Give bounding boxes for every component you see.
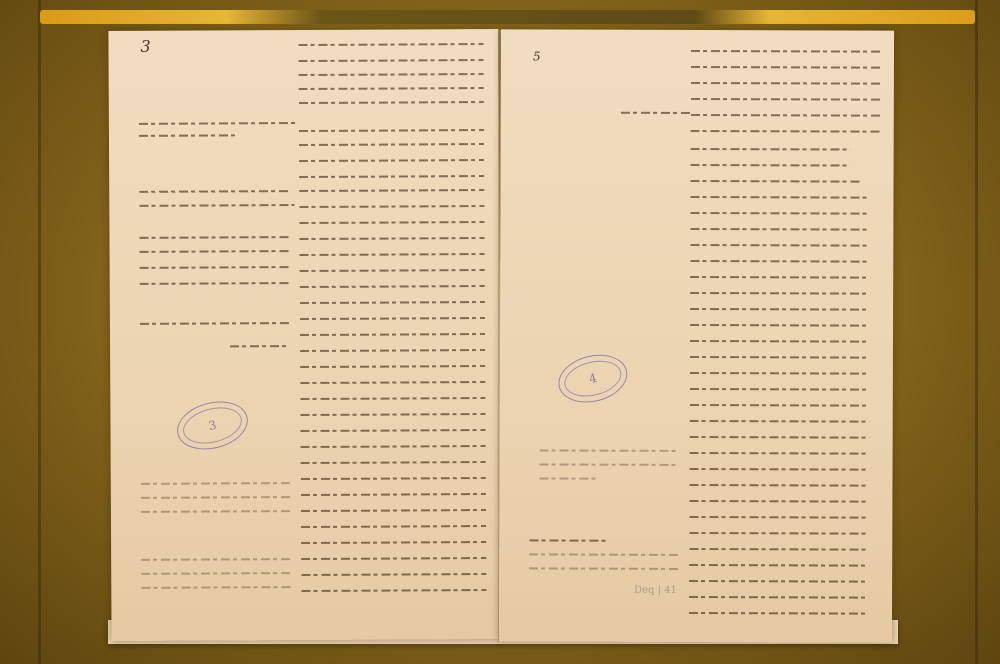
margin-note-line <box>140 322 290 324</box>
text-line <box>690 196 870 198</box>
text-line <box>300 269 485 271</box>
text-line <box>690 420 870 422</box>
text-line <box>691 66 881 68</box>
text-line <box>301 461 486 463</box>
text-line <box>690 388 870 390</box>
text-line <box>299 59 484 61</box>
text-line <box>300 333 485 335</box>
margin-note-line <box>141 482 291 484</box>
margin-note-line <box>140 282 290 284</box>
text-line <box>691 164 851 166</box>
text-line <box>690 372 870 374</box>
text-line <box>299 237 484 239</box>
text-line <box>690 340 870 342</box>
text-line <box>300 365 485 367</box>
margin-note-line <box>140 250 290 252</box>
margin-note-line <box>140 266 290 268</box>
text-line <box>690 404 870 406</box>
text-line <box>301 525 486 527</box>
text-line <box>689 500 869 502</box>
text-line <box>691 98 881 100</box>
text-line <box>299 101 484 103</box>
text-line <box>690 276 870 278</box>
text-line <box>301 557 486 559</box>
text-line <box>689 596 869 598</box>
pencil-note: Deq | 41 <box>634 585 677 596</box>
page-number: 3 <box>140 37 150 56</box>
text-line <box>300 317 485 319</box>
text-line <box>689 564 869 566</box>
margin-note-line <box>141 558 291 560</box>
margin-note-line <box>139 122 299 124</box>
text-line <box>689 516 869 518</box>
text-line <box>299 221 484 223</box>
stamp-number: 3 <box>207 418 218 433</box>
text-line <box>689 484 869 486</box>
text-line <box>299 143 484 145</box>
display-case-light <box>40 10 975 24</box>
display-case-edge-left <box>38 0 41 664</box>
text-line <box>301 509 486 511</box>
text-line <box>299 129 484 131</box>
text-line <box>300 285 485 287</box>
text-line <box>301 477 486 479</box>
text-line <box>301 589 486 591</box>
text-line <box>300 413 485 415</box>
text-line <box>301 445 486 447</box>
text-line <box>689 580 869 582</box>
text-line <box>300 301 485 303</box>
text-line <box>691 148 851 150</box>
text-line <box>690 308 870 310</box>
text-line <box>299 205 484 207</box>
text-line <box>691 130 881 132</box>
text-line <box>689 532 869 534</box>
text-line <box>299 73 484 75</box>
text-line <box>691 180 861 182</box>
text-line <box>300 349 485 351</box>
margin-note-line <box>529 539 609 541</box>
margin-note-line <box>141 572 291 574</box>
stamp-number: 4 <box>587 371 598 386</box>
manuscript-page-right: 5 4 Deq | 41 <box>499 29 894 642</box>
margin-note-line <box>540 463 680 465</box>
text-line <box>690 356 870 358</box>
margin-note-line <box>139 134 239 136</box>
text-line <box>690 292 870 294</box>
text-line <box>690 260 870 262</box>
margin-note-line <box>540 477 600 479</box>
text-line <box>299 175 484 177</box>
text-line <box>691 114 881 116</box>
margin-note-line <box>230 345 290 347</box>
page-number: 5 <box>533 49 541 63</box>
margin-note-line <box>529 553 679 555</box>
text-line <box>690 452 870 454</box>
margin-note-line <box>139 204 294 206</box>
margin-note-line <box>141 510 291 512</box>
text-line <box>690 436 870 438</box>
text-line <box>299 159 484 161</box>
margin-note-line <box>141 496 291 498</box>
text-line <box>300 253 485 255</box>
text-line <box>690 324 870 326</box>
text-line <box>690 468 870 470</box>
margin-note-line <box>540 449 680 451</box>
text-line <box>691 50 881 52</box>
text-line <box>299 87 484 89</box>
manuscript-page-left: 3 3 <box>108 29 501 641</box>
text-line <box>690 228 870 230</box>
text-line <box>301 493 486 495</box>
display-case-edge-right <box>975 0 978 664</box>
archive-stamp: 4 <box>553 348 632 409</box>
text-line <box>299 189 484 191</box>
margin-note-line <box>139 190 289 192</box>
text-line <box>300 397 485 399</box>
archive-stamp: 3 <box>172 394 253 456</box>
text-line <box>300 429 485 431</box>
margin-note-line <box>139 236 289 238</box>
text-line <box>690 244 870 246</box>
text-line <box>689 612 869 614</box>
text-line <box>689 548 869 550</box>
text-line <box>301 573 486 575</box>
margin-note-line <box>141 586 291 588</box>
margin-note-line <box>529 567 679 569</box>
text-line <box>691 82 881 84</box>
text-line <box>690 212 870 214</box>
text-line <box>301 541 486 543</box>
text-line <box>298 43 483 45</box>
margin-note-line <box>621 112 691 114</box>
text-line <box>300 381 485 383</box>
